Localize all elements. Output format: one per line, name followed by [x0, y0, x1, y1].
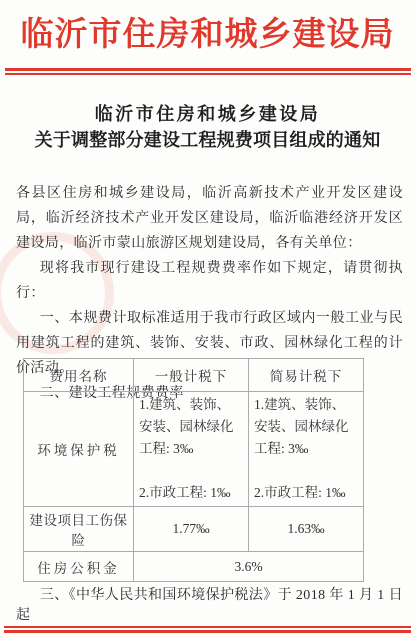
rule-thick-bar [4, 630, 411, 633]
table-header-row: 费用名称 一般计税下 简易计税下 [24, 359, 364, 392]
env-tax-name: 环境保护税 [24, 392, 134, 507]
header-simple-tax: 简易计税下 [249, 359, 364, 392]
document-title-line1: 临沂市住房和城乡建设局 [0, 101, 415, 127]
salutation-paragraph: 各县区住房和城乡建设局，临沂高新技术产业开发区建设局，临沂经济技术产业开发区建设… [16, 181, 403, 256]
masthead-double-rule [5, 68, 411, 75]
footer-double-rule [4, 626, 411, 633]
header-fee-name: 费用名称 [24, 359, 134, 392]
rule-thick-bar [5, 68, 411, 71]
document-page: 临沂市住房和城乡建设局 临沂市住房和城乡建设局 关于调整部分建设工程规费项目组成… [0, 0, 415, 638]
intro-paragraph: 现将我市现行建设工程规费费率作如下规定，请贯彻执行： [16, 256, 403, 306]
housing-fund-rate: 3.6% [134, 552, 364, 582]
env-tax-general-rate: 1.建筑、装饰、安装、园林绿化工程: 3‰ 2.市政工程: 1‰ [134, 392, 249, 507]
env-tax-simple-rate: 1.建筑、装饰、安装、园林绿化工程: 3‰ 2.市政工程: 1‰ [249, 392, 364, 507]
fee-rate-table: 费用名称 一般计税下 简易计税下 环境保护税 1.建筑、装饰、安装、园林绿化工程… [23, 358, 364, 582]
table-row-injury-insurance: 建设项目工伤保险 1.77‰ 1.63‰ [24, 507, 364, 552]
document-title-line2: 关于调整部分建设工程规费项目组成的通知 [0, 127, 415, 153]
document-title: 临沂市住房和城乡建设局 关于调整部分建设工程规费项目组成的通知 [0, 101, 415, 153]
item-three-paragraph: 三、《中华人民共和国环境保护税法》于 2018 年 1 月 1 日起 [16, 584, 403, 624]
rule-thin-bar [5, 73, 411, 75]
table-row-housing-fund: 住房公积金 3.6% [24, 552, 364, 582]
housing-fund-name: 住房公积金 [24, 552, 134, 582]
table-row-env-tax: 环境保护税 1.建筑、装饰、安装、园林绿化工程: 3‰ 2.市政工程: 1‰ 1… [24, 392, 364, 507]
injury-insurance-simple-rate: 1.63‰ [249, 507, 364, 552]
header-general-tax: 一般计税下 [134, 359, 249, 392]
rule-thin-bar [4, 626, 411, 628]
injury-insurance-general-rate: 1.77‰ [134, 507, 249, 552]
injury-insurance-name: 建设项目工伤保险 [24, 507, 134, 552]
masthead-title: 临沂市住房和城乡建设局 [0, 8, 415, 55]
